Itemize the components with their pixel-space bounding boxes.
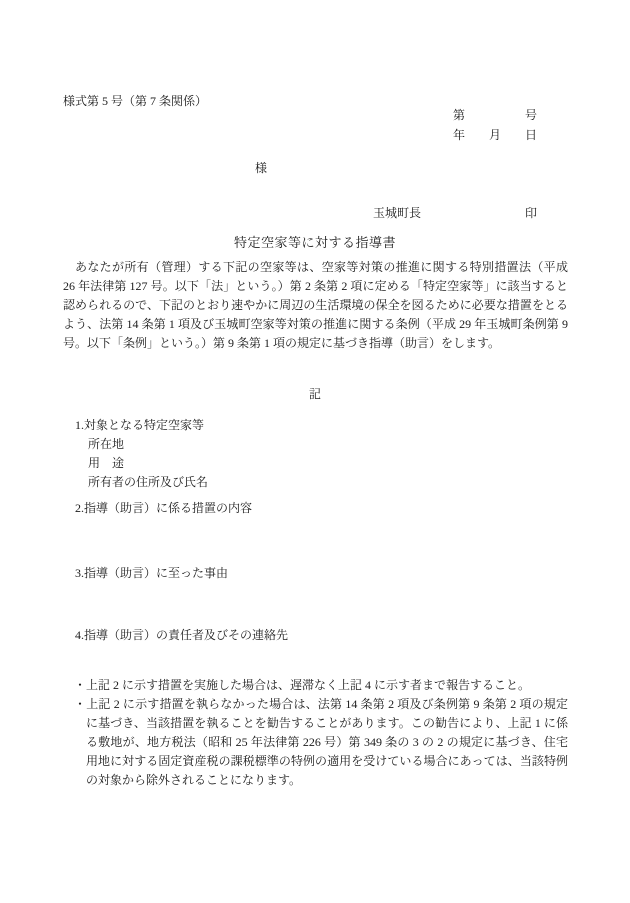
- addressee-honorific: 様: [255, 159, 267, 178]
- usage-label: 用 途: [75, 454, 208, 473]
- record-marker: 記: [0, 385, 630, 404]
- bullet-marker: ・: [74, 697, 86, 711]
- location-label: 所在地: [75, 435, 208, 454]
- document-page: 様式第 5 号（第 7 条関係） 第 号 年 月 日 様 玉城町長 印 特定空家…: [0, 0, 630, 903]
- form-number: 様式第 5 号（第 7 条関係）: [63, 92, 207, 111]
- section-4-heading: 4.指導（助言）の責任者及びその連絡先: [75, 626, 288, 645]
- notes-list: ・上記 2 に示す措置を実施した場合は、遅滞なく上記 4 に示す者まで報告するこ…: [74, 676, 568, 790]
- document-number-line: 第 号: [453, 106, 537, 125]
- section-subject-property: 1.対象となる特定空家等 所在地 用 途 所有者の住所及び氏名: [75, 416, 208, 492]
- owner-address-name-label: 所有者の住所及び氏名: [75, 473, 208, 492]
- section-3-heading: 3.指導（助言）に至った事由: [75, 564, 228, 583]
- bullet-marker: ・: [74, 678, 86, 692]
- issuer-line: 玉城町長 印: [373, 204, 537, 223]
- note-text-report: 上記 2 に示す措置を実施した場合は、遅滞なく上記 4 に示す者まで報告すること…: [86, 678, 530, 692]
- section-1-heading: 1.対象となる特定空家等: [75, 416, 208, 435]
- document-title: 特定空家等に対する指導書: [0, 233, 630, 252]
- section-2-heading: 2.指導（助言）に係る措置の内容: [75, 499, 252, 518]
- body-paragraph: あなたが所有（管理）する下記の空家等は、空家等対策の推進に関する特別措置法（平成…: [63, 258, 568, 353]
- seal-mark: 印: [525, 204, 537, 223]
- note-item: ・上記 2 に示す措置を実施した場合は、遅滞なく上記 4 に示す者まで報告するこ…: [74, 676, 568, 695]
- note-text-recommendation: 上記 2 に示す措置を執らなかった場合は、法第 14 条第 2 項及び条例第 9…: [86, 697, 568, 787]
- date-line: 年 月 日: [453, 126, 537, 145]
- note-item: ・上記 2 に示す措置を執らなかった場合は、法第 14 条第 2 項及び条例第 …: [74, 695, 568, 790]
- issuer-name: 玉城町長: [373, 204, 421, 223]
